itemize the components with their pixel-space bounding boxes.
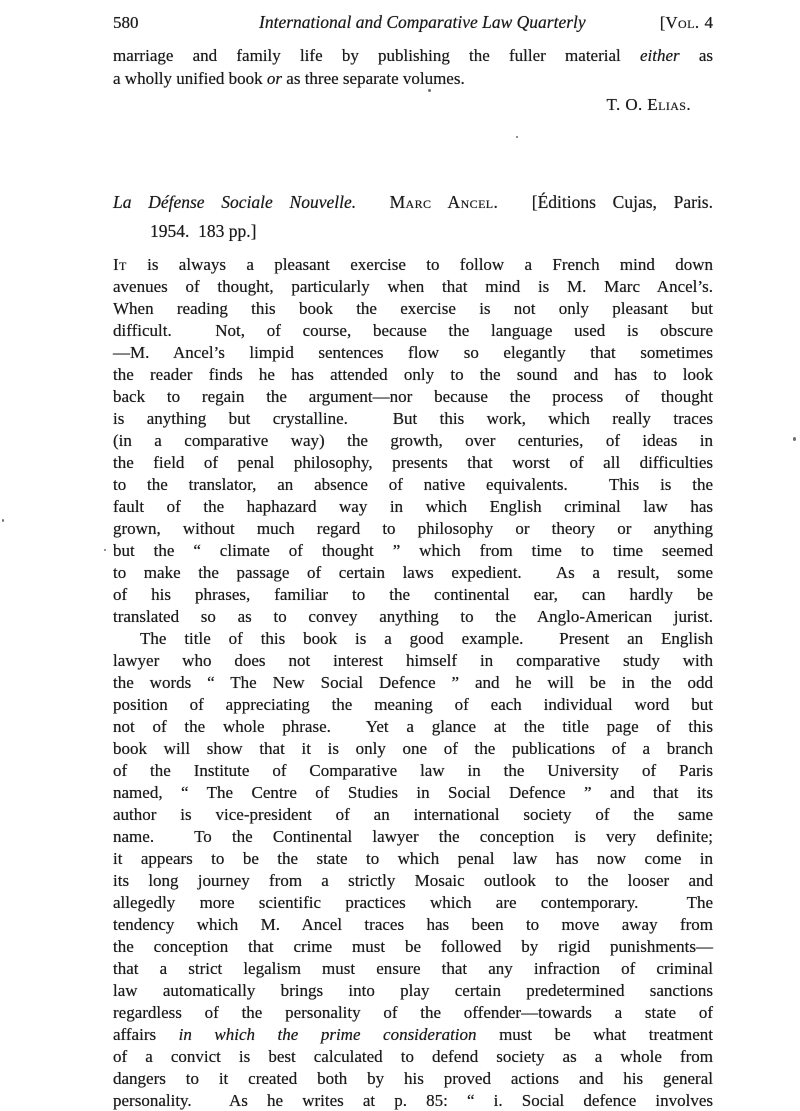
text-line: its long journey from a strictly Mosaic … [113, 870, 713, 892]
text-line: regardless of the personality of the off… [113, 1002, 713, 1024]
text-run: the reader finds he has attended only to… [113, 365, 713, 384]
text-line: The title of this book is a good example… [113, 628, 713, 650]
text-line: law automatically brings into play certa… [113, 980, 713, 1002]
text-run: (in a comparative way) the growth, over … [113, 431, 713, 450]
text-run: the conception that crime must be follow… [113, 937, 713, 956]
text-run: affairs [113, 1025, 179, 1044]
volume-word: Vol. [665, 13, 699, 32]
text-line: —M. Ancel’s limpid sentences flow so ele… [113, 342, 713, 364]
text-run: personality. As he writes at p. 85: “ i.… [113, 1091, 713, 1110]
text-run: is always a pleasant exercise to follow … [127, 255, 713, 274]
text-line: to make the passage of certain laws expe… [113, 562, 713, 584]
text-run: It [113, 255, 127, 274]
text-run: must be what treatment [477, 1025, 713, 1044]
text-run: 1954. 183 pp.] [150, 221, 256, 241]
text-line: allegedly more scientific practices whic… [113, 892, 713, 914]
text-line: When reading this book the exercise is n… [113, 298, 713, 320]
text-line: position of appreciating the meaning of … [113, 694, 713, 716]
text-run: book will show that it is only one of th… [113, 739, 713, 758]
carryover-paragraph: marriage and family life by publishing t… [113, 44, 713, 90]
page-number: 580 [113, 13, 185, 33]
text-run: difficult. Not, of course, because the l… [113, 321, 713, 340]
text-run: to make the passage of certain laws expe… [113, 563, 713, 582]
scanned-journal-page: 580 International and Comparative Law Qu… [0, 0, 800, 1111]
text-line: the field of penal philosophy, presents … [113, 452, 713, 474]
volume-label: [Vol.4 [660, 13, 713, 33]
text-run: its long journey from a strictly Mosaic … [113, 871, 713, 890]
text-run: Marc Ancel. [390, 192, 499, 212]
text-line: it appears to be the state to which pena… [113, 848, 713, 870]
text-run: [Éditions Cujas, Paris. [498, 192, 713, 212]
author-signature: T. O. Elias. [113, 93, 713, 116]
text-line: affairs in which the prime consideration… [113, 1024, 713, 1046]
text-run: avenues of thought, particularly when th… [113, 277, 713, 296]
text-line: La Défense Sociale Nouvelle. Marc Ancel.… [113, 188, 713, 217]
text-line: dangers to it created both by his proved… [113, 1068, 713, 1090]
text-run: is anything but crystalline. But this wo… [113, 409, 713, 428]
text-line: to the translator, an absence of native … [113, 474, 713, 496]
text-run: as three separate volumes. [282, 69, 465, 88]
text-line: It is always a pleasant exercise to foll… [113, 254, 713, 276]
text-line: personality. As he writes at p. 85: “ i.… [113, 1090, 713, 1111]
text-line: named, “ The Centre of Studies in Social… [113, 782, 713, 804]
text-line: author is vice-president of an internati… [113, 804, 713, 826]
text-run: named, “ The Centre of Studies in Social… [113, 783, 713, 802]
text-run: it appears to be the state to which pena… [113, 849, 713, 868]
text-run: in which the prime consideration [179, 1025, 477, 1044]
text-column: 580 International and Comparative Law Qu… [113, 0, 713, 1111]
text-run: fault of the haphazard way in which Engl… [113, 497, 713, 516]
text-run: the field of penal philosophy, presents … [113, 453, 713, 472]
text-run: translated so as to convey anything to t… [113, 607, 713, 626]
text-line: of a convict is best calculated to defen… [113, 1046, 713, 1068]
text-run: The title of this book is a good example… [140, 629, 713, 648]
running-header: 580 International and Comparative Law Qu… [113, 0, 713, 33]
text-line: but the “ climate of thought ” which fro… [113, 540, 713, 562]
text-run: not of the whole phrase. Yet a glance at… [113, 717, 713, 736]
text-run: lawyer who does not interest himself in … [113, 651, 713, 670]
text-line: avenues of thought, particularly when th… [113, 276, 713, 298]
text-line: of the Institute of Comparative law in t… [113, 760, 713, 782]
text-run: of the Institute of Comparative law in t… [113, 761, 713, 780]
text-line: (in a comparative way) the growth, over … [113, 430, 713, 452]
text-run: allegedly more scientific practices whic… [113, 893, 713, 912]
text-run: regardless of the personality of the off… [113, 1003, 713, 1022]
scan-speck [428, 89, 431, 92]
text-run: or [267, 69, 282, 88]
text-run: of a convict is best calculated to defen… [113, 1047, 713, 1066]
text-run: author is vice-president of an internati… [113, 805, 713, 824]
text-line: lawyer who does not interest himself in … [113, 650, 713, 672]
text-line: tendency which M. Ancel traces has been … [113, 914, 713, 936]
text-line: fault of the haphazard way in which Engl… [113, 496, 713, 518]
text-line: is anything but crystalline. But this wo… [113, 408, 713, 430]
text-run: —M. Ancel’s limpid sentences flow so ele… [113, 343, 713, 362]
text-line: back to regain the argument—nor because … [113, 386, 713, 408]
text-line: the conception that crime must be follow… [113, 936, 713, 958]
text-line: the reader finds he has attended only to… [113, 364, 713, 386]
text-line: of his phrases, familiar to the continen… [113, 584, 713, 606]
text-run: La Défense Sociale Nouvelle. [113, 192, 356, 212]
text-run: back to regain the argument—nor because … [113, 387, 713, 406]
text-line: translated so as to convey anything to t… [113, 606, 713, 628]
text-run [356, 192, 389, 212]
text-line: marriage and family life by publishing t… [113, 44, 713, 67]
text-run: marriage and family life by publishing t… [113, 46, 640, 65]
text-run: of his phrases, familiar to the continen… [113, 585, 713, 604]
review-paragraph-2: The title of this book is a good example… [113, 628, 713, 1111]
review-paragraph-1: It is always a pleasant exercise to foll… [113, 254, 713, 628]
text-run: When reading this book the exercise is n… [113, 299, 713, 318]
review-heading: La Défense Sociale Nouvelle. Marc Ancel.… [113, 188, 713, 246]
text-run: tendency which M. Ancel traces has been … [113, 915, 713, 934]
text-run: but the “ climate of thought ” which fro… [113, 541, 713, 560]
text-line: name. To the Continental lawyer the conc… [113, 826, 713, 848]
text-line: that a strict legalism must ensure that … [113, 958, 713, 980]
text-line: 1954. 183 pp.] [113, 217, 713, 246]
scan-speck [516, 136, 518, 138]
text-line: book will show that it is only one of th… [113, 738, 713, 760]
text-run: position of appreciating the meaning of … [113, 695, 713, 714]
text-line: the words “ The New Social Defence ” and… [113, 672, 713, 694]
scan-speck [104, 549, 106, 551]
text-run: to the translator, an absence of native … [113, 475, 713, 494]
text-run: law automatically brings into play certa… [113, 981, 713, 1000]
text-line: a wholly unified book or as three separa… [113, 67, 713, 90]
text-run: grown, without much regard to philosophy… [113, 519, 713, 538]
text-run: as [680, 46, 713, 65]
volume-number: 4 [705, 13, 714, 32]
signature-name: T. O. Elias. [607, 95, 692, 114]
journal-title: International and Comparative Law Quarte… [185, 12, 660, 33]
text-line: grown, without much regard to philosophy… [113, 518, 713, 540]
text-run: a wholly unified book [113, 69, 267, 88]
text-run: dangers to it created both by his proved… [113, 1069, 713, 1088]
text-run: either [640, 46, 680, 65]
text-run: that a strict legalism must ensure that … [113, 959, 713, 978]
scan-speck [2, 519, 4, 522]
text-line: difficult. Not, of course, because the l… [113, 320, 713, 342]
text-run: the words “ The New Social Defence ” and… [113, 673, 713, 692]
scan-speck [793, 437, 796, 441]
text-line: not of the whole phrase. Yet a glance at… [113, 716, 713, 738]
text-run: name. To the Continental lawyer the conc… [113, 827, 713, 846]
